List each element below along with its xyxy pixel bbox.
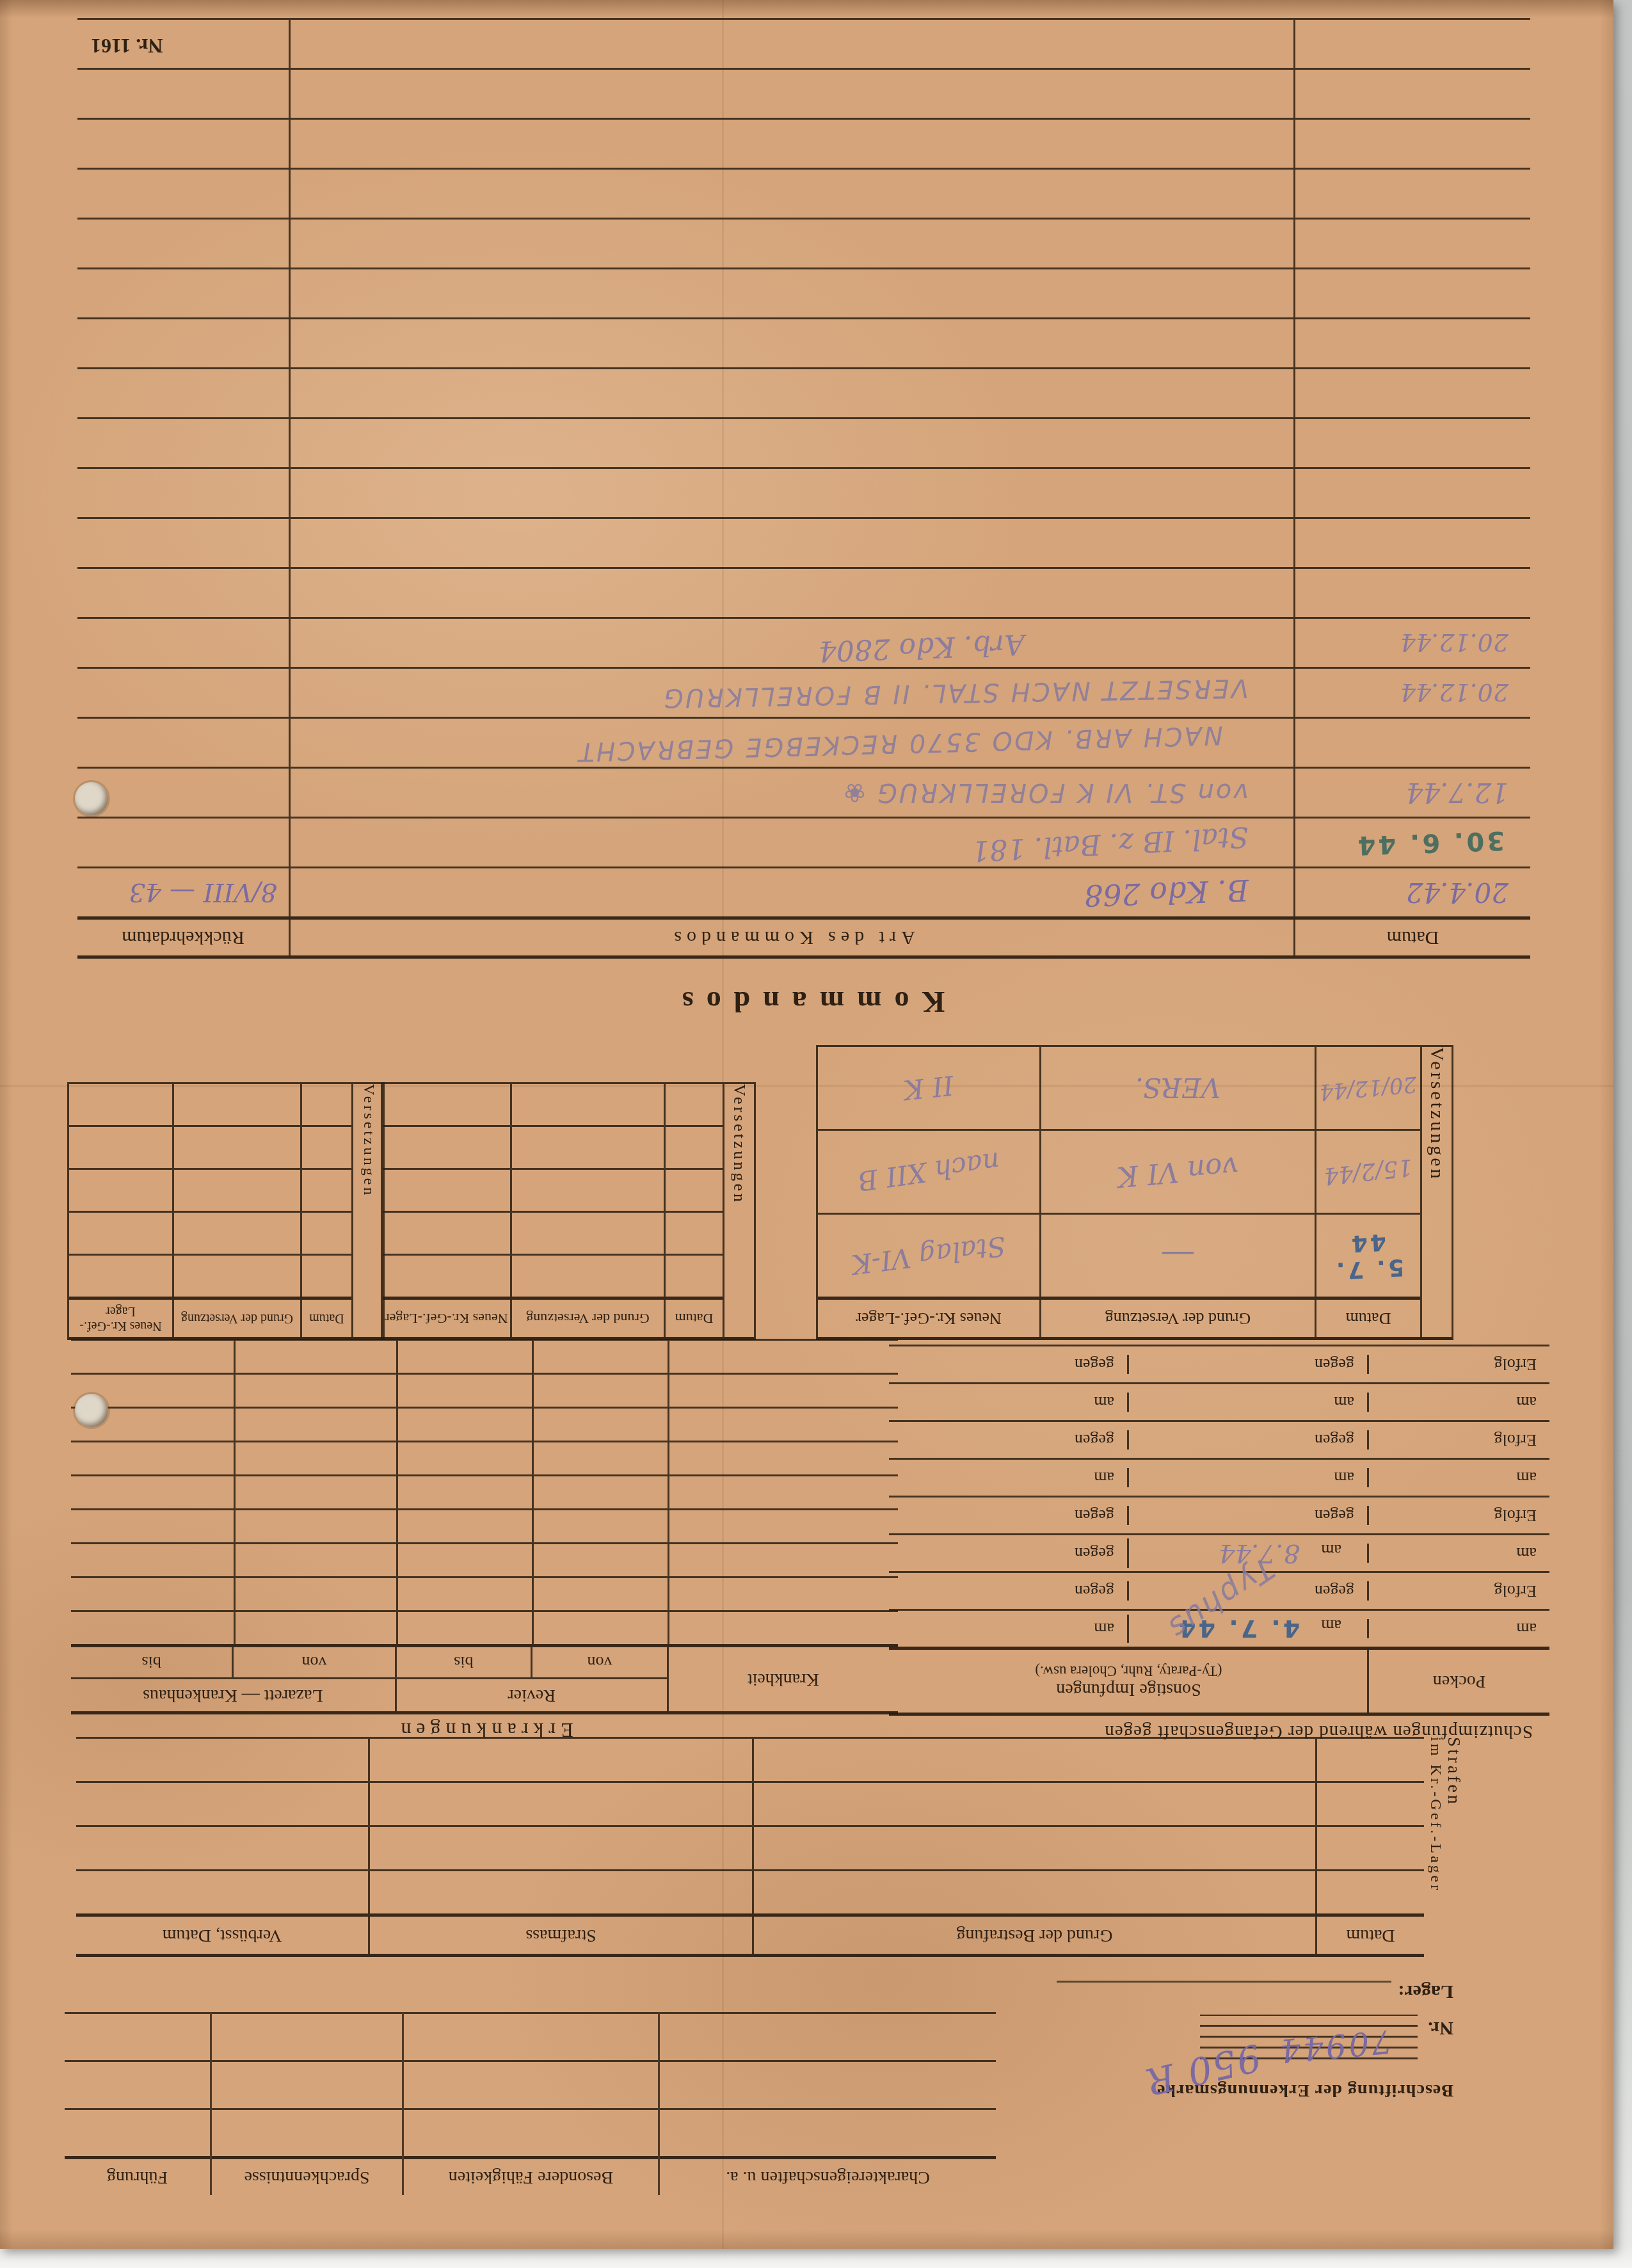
versetzungen-table-1: Versetzungen Datum Grund der Versetzung … xyxy=(816,1045,1453,1340)
table-row xyxy=(71,1508,898,1542)
handwritten-kommando: NACH ARB. KDO 3570 RECKEBGE GEBRACHT xyxy=(577,719,1294,767)
handwritten-date: 20/12/44 xyxy=(1318,1071,1418,1105)
character-section: Charaktereigenschaften u. a. Besondere F… xyxy=(65,2012,996,2195)
nr-label: Nr. xyxy=(1428,2015,1453,2039)
erkrankungen-section: Erkrankungen Krankheit Revier von bis La… xyxy=(71,1339,898,1742)
table-row: am am 8.7.44 gegen xyxy=(889,1533,1549,1571)
table-row xyxy=(69,1168,351,1211)
table-row xyxy=(71,1610,898,1644)
table-row xyxy=(77,367,1530,417)
impfungen-section: Schutzimpfungen während der Gefangenscha… xyxy=(889,1345,1549,1742)
versetzungen-side-label: Versetzungen xyxy=(723,1084,754,1337)
column-header: Charaktereigenschaften u. a. xyxy=(660,2156,996,2195)
table-row xyxy=(383,1125,723,1168)
date-stamp-blue: 5. 7. 44 xyxy=(1315,1227,1421,1284)
col-grund: Grund der Versetzung xyxy=(172,1300,300,1337)
table-row xyxy=(383,1168,723,1211)
blank-line xyxy=(660,2060,996,2108)
column-charaktereigenschaften: Charaktereigenschaften u. a. xyxy=(660,2012,996,2195)
table-row: am am am xyxy=(889,1382,1549,1420)
strafen-side-label-line2: im Kr.-Gef.-Lager xyxy=(1427,1737,1443,1952)
table-row: 5. 7. 44 — Stalag VI-K xyxy=(818,1213,1420,1297)
table-row xyxy=(69,1254,351,1297)
column-header: Besondere Fähigkeiten xyxy=(404,2156,658,2195)
table-row xyxy=(383,1211,723,1254)
kommandos-table: Datum Art des Kommandos Rückkehrdatum 20… xyxy=(77,18,1530,959)
lager-label: Lager: xyxy=(1398,1981,1453,2002)
strafen-section: Strafen im Kr.-Gef.-Lager Datum Grund de… xyxy=(76,1737,1466,1957)
col-neues: Neues Kr.-Gef.-Lager xyxy=(818,1300,1039,1337)
impfungen-title: Schutzimpfungen während der Gefangenscha… xyxy=(889,1721,1533,1742)
col-revier-bis: bis xyxy=(397,1647,531,1677)
blank-line xyxy=(660,2108,996,2156)
blank-line xyxy=(404,2060,658,2108)
table-row xyxy=(76,1869,1424,1913)
table-row xyxy=(77,18,1530,68)
versetzungen-side-label: Versetzungen xyxy=(1420,1047,1452,1337)
lager-row: Lager: xyxy=(1057,1981,1453,2004)
col-datum: Datum xyxy=(664,1300,723,1337)
table-row xyxy=(71,1339,898,1373)
strafen-table: Datum Grund der Bestrafung Strafmass Ver… xyxy=(76,1737,1424,1957)
impfungen-col-pocken: Pocken xyxy=(1367,1650,1549,1713)
versetzungen-side-label: Versetzungen xyxy=(351,1084,383,1337)
strafen-side-label: Strafen im Kr.-Gef.-Lager xyxy=(1424,1737,1466,1957)
form-number: Nr. 1161 xyxy=(91,34,163,58)
col-datum: Datum xyxy=(1315,1300,1420,1337)
table-row: 20.12.44 Arb. Kdo 2804 xyxy=(77,617,1530,667)
blank-line xyxy=(404,2012,658,2060)
col-krankheit: Krankheit xyxy=(667,1647,898,1711)
table-row xyxy=(77,417,1530,467)
blank-line xyxy=(212,2060,402,2108)
handwritten-kommando: Stal. IB z. Batl. 181 xyxy=(971,818,1294,867)
table-row: Erfolg gegen gegen xyxy=(889,1496,1549,1533)
table-row xyxy=(71,1474,898,1508)
col-lazarett-bis: bis xyxy=(71,1647,232,1677)
col-neues: Neues Kr.-Gef.-Lager xyxy=(383,1300,510,1337)
handwritten-dash: — xyxy=(1161,1236,1196,1276)
column-header: Führung xyxy=(65,2156,210,2195)
handwritten-kommando: von ST. VI K FORELLKRUG ❀ xyxy=(842,778,1293,808)
blank-line xyxy=(660,2012,996,2060)
col-revier: Revier xyxy=(397,1677,667,1711)
table-row xyxy=(77,118,1530,168)
table-row xyxy=(71,1576,898,1610)
col-datum: Datum xyxy=(1293,920,1530,955)
handwritten-reason: von VI K xyxy=(1116,1150,1240,1193)
impfungen-table: Pocken Sonstige Impfungen (Ty-Paraty, Ru… xyxy=(889,1345,1549,1716)
col-rueckkehrdatum: Rückkehrdatum xyxy=(77,920,289,955)
table-row xyxy=(77,517,1530,567)
table-row: 20.4.42 B. Kdo 268 8/VIII — 43 xyxy=(77,866,1530,916)
punch-hole xyxy=(75,1394,108,1427)
table-row: 12.7.44 von ST. VI K FORELLKRUG ❀ xyxy=(77,767,1530,817)
handwritten-date: 20.4.42 xyxy=(1406,877,1530,908)
table-row xyxy=(71,1542,898,1576)
table-row xyxy=(77,168,1530,218)
strafen-col-grund: Grund der Bestrafung xyxy=(752,1917,1315,1954)
table-row xyxy=(69,1125,351,1168)
strafen-col-strafmass: Strafmass xyxy=(368,1917,752,1954)
col-revier-group: Revier von bis xyxy=(395,1647,667,1711)
handwritten-reason: VERS. xyxy=(1135,1073,1220,1104)
col-neues: Neues Kr.-Gef.-Lager xyxy=(69,1300,172,1337)
table-row: Erfolg gegen gegen xyxy=(889,1346,1549,1382)
column-besondere-faehigkeiten: Besondere Fähigkeiten xyxy=(404,2012,660,2195)
handwritten-kommando: VERSETZT NACH STAL. II B FORELLKRUG xyxy=(661,673,1293,713)
blank-line xyxy=(404,2108,658,2156)
table-row xyxy=(77,317,1530,367)
table-row xyxy=(77,268,1530,317)
table-row xyxy=(383,1254,723,1297)
handwritten-date: 20.12.44 xyxy=(1400,679,1530,707)
strafen-col-datum: Datum xyxy=(1315,1917,1424,1954)
handwritten-date: 12.7.44 xyxy=(1406,777,1530,808)
kommandos-heading: Kommandos xyxy=(1,985,1613,1019)
impfungen-col-sonstige-sub: (Ty-Paraty, Ruhr, Cholera usw.) xyxy=(1035,1663,1222,1679)
table-row xyxy=(71,1373,898,1407)
versetzungen-table-2: Versetzungen Datum Grund der Versetzung … xyxy=(381,1082,756,1340)
rotated-document: Charaktereigenschaften u. a. Besondere F… xyxy=(0,0,1613,2249)
punch-hole xyxy=(75,782,108,815)
table-row xyxy=(76,1781,1424,1825)
column-fuehrung: Führung xyxy=(65,2012,212,2195)
col-lazarett-group: Lazarett — Krankenhaus von bis xyxy=(71,1647,395,1711)
erkrankungen-table: Krankheit Revier von bis Lazarett — Kran… xyxy=(71,1339,898,1714)
date-stamp-green: 30. 6. 44 xyxy=(1355,825,1531,861)
table-row: 20.12.44 VERSETZT NACH STAL. II B FORELL… xyxy=(77,667,1530,717)
tag-number-row: Nr. 70944 950 R xyxy=(993,2015,1453,2073)
blank-line xyxy=(65,2060,210,2108)
table-row xyxy=(69,1211,351,1254)
erkrankungen-title: Erkrankungen xyxy=(71,1718,898,1742)
col-lazarett: Lazarett — Krankenhaus xyxy=(71,1677,395,1711)
col-grund: Grund der Versetzung xyxy=(1039,1300,1315,1337)
pow-card-scan: Charaktereigenschaften u. a. Besondere F… xyxy=(0,0,1613,2249)
table-row xyxy=(71,1441,898,1474)
table-row: 30. 6. 44 Stal. IB z. Batl. 181 xyxy=(77,817,1530,866)
col-revier-von: von xyxy=(531,1647,667,1677)
handwritten-camp: II K xyxy=(902,1070,956,1106)
col-art-des-kommandos: Art des Kommandos xyxy=(289,920,1293,955)
handwritten-camp: nach XII B xyxy=(856,1146,1002,1197)
blank-line xyxy=(212,2012,402,2060)
table-row xyxy=(77,218,1530,268)
table-row xyxy=(76,1825,1424,1869)
table-row xyxy=(71,1407,898,1441)
table-row: NACH ARB. KDO 3570 RECKEBGE GEBRACHT xyxy=(77,717,1530,767)
impfungen-col-sonstige: Sonstige Impfungen (Ty-Paraty, Ruhr, Cho… xyxy=(890,1650,1367,1713)
col-datum: Datum xyxy=(300,1300,351,1337)
table-row xyxy=(77,68,1530,118)
blank-line xyxy=(65,2012,210,2060)
table-row xyxy=(77,467,1530,517)
table-row: am am am xyxy=(889,1458,1549,1496)
lager-blank-line xyxy=(1057,1981,1391,2004)
column-sprachkenntnisse: Sprachkenntnisse xyxy=(212,2012,404,2195)
column-header: Sprachkenntnisse xyxy=(212,2156,402,2195)
table-row: 15/2/44 von VI K nach XII B xyxy=(818,1129,1420,1213)
strafen-side-label-line1: Strafen xyxy=(1444,1737,1463,1952)
table-row xyxy=(69,1084,351,1125)
table-row xyxy=(383,1084,723,1125)
table-row: Erfolg gegen gegen xyxy=(889,1420,1549,1458)
blank-line xyxy=(212,2108,402,2156)
erkennungsmarke-block: Beschriftung der Erkennungsmarke Nr. 709… xyxy=(993,1981,1453,2100)
col-lazarett-von: von xyxy=(232,1647,394,1677)
handwritten-date: 20.12.44 xyxy=(1400,629,1530,657)
blank-line xyxy=(65,2108,210,2156)
table-row xyxy=(76,1737,1424,1781)
versetzungen-table-3: Versetzungen Datum Grund der Versetzung … xyxy=(67,1082,385,1340)
table-row: 20/12/44 VERS. II K xyxy=(818,1047,1420,1129)
strafen-col-verbuesst: Verbüsst, Datum xyxy=(76,1917,368,1954)
col-grund: Grund der Versetzung xyxy=(510,1300,664,1337)
handwritten-camp: Stalag VI-K xyxy=(850,1231,1007,1281)
handwritten-date: 15/2/44 xyxy=(1323,1154,1414,1189)
handwritten-kommando: B. Kdo 268 xyxy=(1084,872,1294,913)
table-row xyxy=(77,567,1530,617)
handwritten-kommando: Arb. Kdo 2804 xyxy=(818,618,1294,667)
handwritten-return-date: 8/VIII — 43 xyxy=(129,878,289,907)
